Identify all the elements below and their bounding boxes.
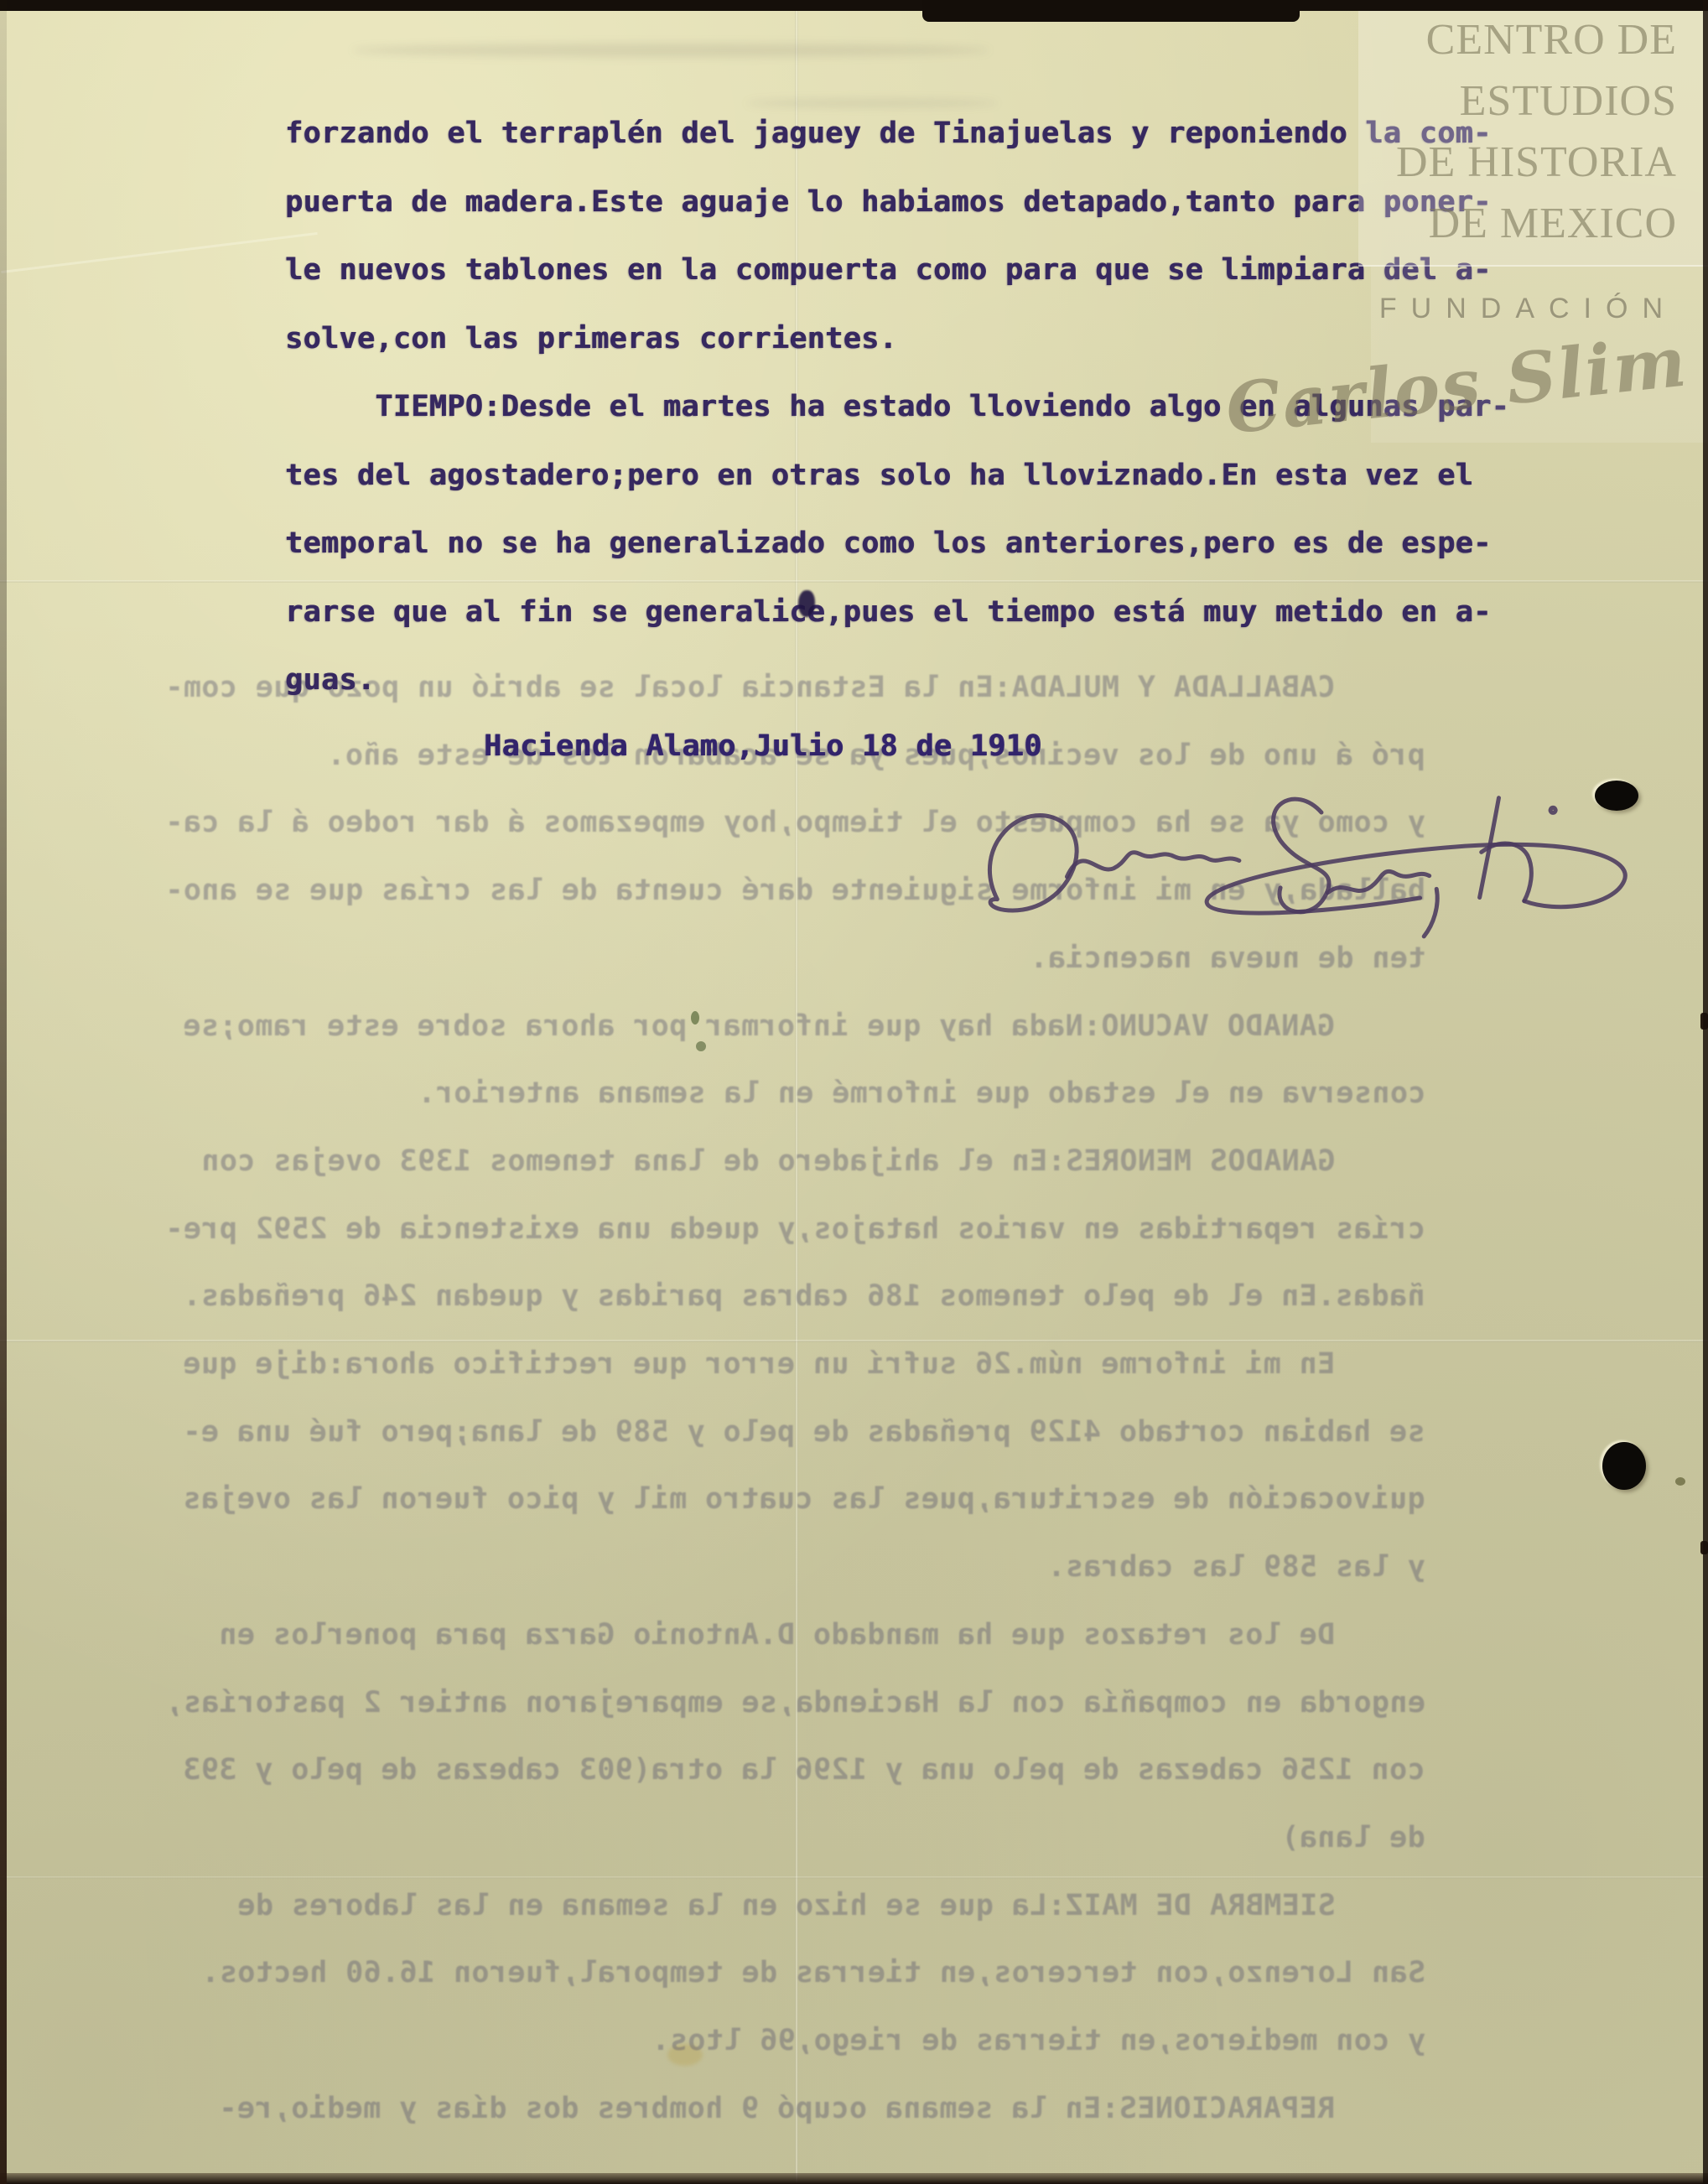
horizontal-fold-crease [0, 1876, 1708, 1879]
punch-hole [1595, 781, 1638, 811]
bleedthrough-line: y con medieros,en tierras de riego,96 lt… [652, 2024, 1425, 2057]
horizontal-fold-crease [0, 1340, 1708, 1342]
watermark-text: CENTRO DEESTUDIOSDE HISTORIADE MEXICO [1174, 15, 1677, 267]
typed-line: guas. [285, 662, 375, 698]
corner-crease [1, 232, 318, 273]
ink-speck [696, 1041, 706, 1051]
watermark-line: CENTRO DE [1426, 15, 1677, 65]
scan-edge-top [0, 0, 1708, 11]
bleedthrough-line: De los retazos que ha mandado D.Antonio … [219, 1618, 1425, 1652]
bleedthrough-line: se habian cortado 4129 preñadas de pelo … [183, 1415, 1425, 1449]
pencil-smudge [746, 99, 998, 107]
horizontal-fold-crease [0, 580, 1708, 583]
bleedthrough-line: GANADO VACUNO:Nada hay que informar por … [183, 1009, 1425, 1043]
bleedthrough-line: y las 589 las cabras. [1047, 1550, 1425, 1584]
punch-hole [1602, 1442, 1646, 1490]
bleedthrough-line: SIEMBRA DE MAIZ:La que se hizo en la sem… [237, 1889, 1425, 1922]
paper-speck [1675, 1477, 1685, 1486]
scan-edge-left [0, 0, 7, 2184]
watermark-foundation-label: FUNDACIÓN [1379, 292, 1677, 325]
scan-edge-right [1703, 0, 1708, 2184]
scan-edge-top-thick [922, 0, 1300, 22]
bleedthrough-line: GANADOS MENORES:En el ahijadero de lana … [201, 1144, 1425, 1178]
pencil-smudge [352, 44, 989, 57]
bleedthrough-line: engorda en compañía con la Hacienda,se e… [165, 1686, 1425, 1720]
bleedthrough-line: San Lorenzo,con terceros,en tierras de t… [201, 1956, 1425, 1989]
bleedthrough-line: ñadas.En el de pelo tenemos 186 cabras p… [183, 1279, 1425, 1313]
bleedthrough-line: quivocación de escritura,pues las cuatro… [183, 1482, 1425, 1516]
dateline: Hacienda Alamo,Julio 18 de 1910 [484, 729, 1042, 764]
handwritten-signature [944, 757, 1654, 966]
watermark-line: ESTUDIOS [1460, 76, 1677, 127]
watermark-line: DE HISTORIA [1396, 137, 1677, 188]
bleedthrough-line: crías repartidas en varios hatajos,y que… [165, 1212, 1425, 1246]
scan-edge-bottom [0, 2173, 1708, 2184]
typed-line: tes del agostadero;pero en otras solo ha… [285, 458, 1473, 493]
watermark-line: DE MEXICO [1429, 199, 1677, 249]
bleedthrough-line: conserva en el estado que informé en la … [418, 1076, 1425, 1110]
typed-line: solve,con las primeras corrientes. [285, 321, 897, 356]
bleedthrough-line: En mi informe núm.26 sufrí un error que … [183, 1347, 1425, 1381]
typed-line: temporal no se ha generalizado como los … [285, 526, 1492, 561]
bleedthrough-line: con 1256 cabezas de pelo una y 1296 la o… [183, 1753, 1425, 1787]
document-scan-page: CABALLADA Y MULADA:En la Estancia local … [0, 0, 1708, 2184]
bleedthrough-line: de lana) [1281, 1821, 1425, 1855]
bleedthrough-line: REPARACIONES:En la semana ocupó 9 hombre… [219, 2092, 1425, 2125]
typed-line: rarse que al fin se generalice,pues el t… [285, 594, 1492, 630]
